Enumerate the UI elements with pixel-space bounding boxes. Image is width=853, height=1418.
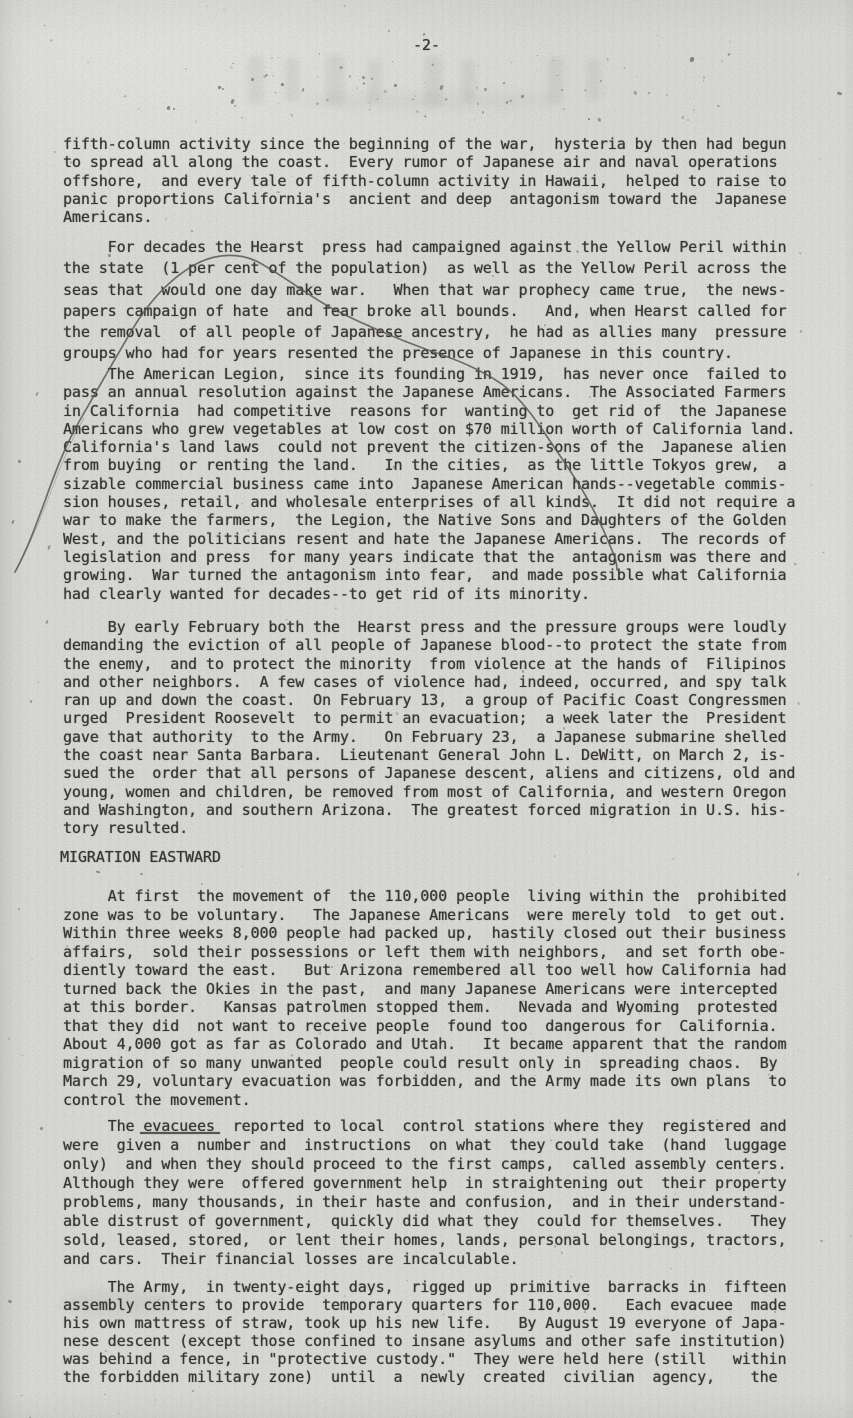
paragraph-evacuees: The evacuees reported to local control s…: [63, 1117, 786, 1269]
paragraph-american-legion: The American Legion, since its founding …: [63, 365, 795, 603]
paragraph-at-first: At first the movement of the 110,000 peo…: [63, 887, 786, 1109]
bleedthrough-mark: [588, 60, 600, 100]
paragraph-early-february: By early February both the Hearst press …: [63, 618, 795, 838]
section-heading-migration-eastward: MIGRATION EASTWARD: [60, 848, 221, 866]
bleedthrough-mark: [548, 57, 563, 103]
typed-underline-evacuees: [140, 1132, 220, 1134]
paragraph-hearst-press: For decades the Hearst press had campaig…: [63, 237, 786, 365]
paragraph-fifth-column: fifth-column activity since the beginnin…: [63, 135, 786, 226]
scanned-document-page: -2- fifth-column activity since the begi…: [0, 0, 853, 1418]
bleedthrough-mark: [285, 58, 299, 102]
paragraph-the-army: The Army, in twenty-eight days, rigged u…: [63, 1278, 786, 1386]
